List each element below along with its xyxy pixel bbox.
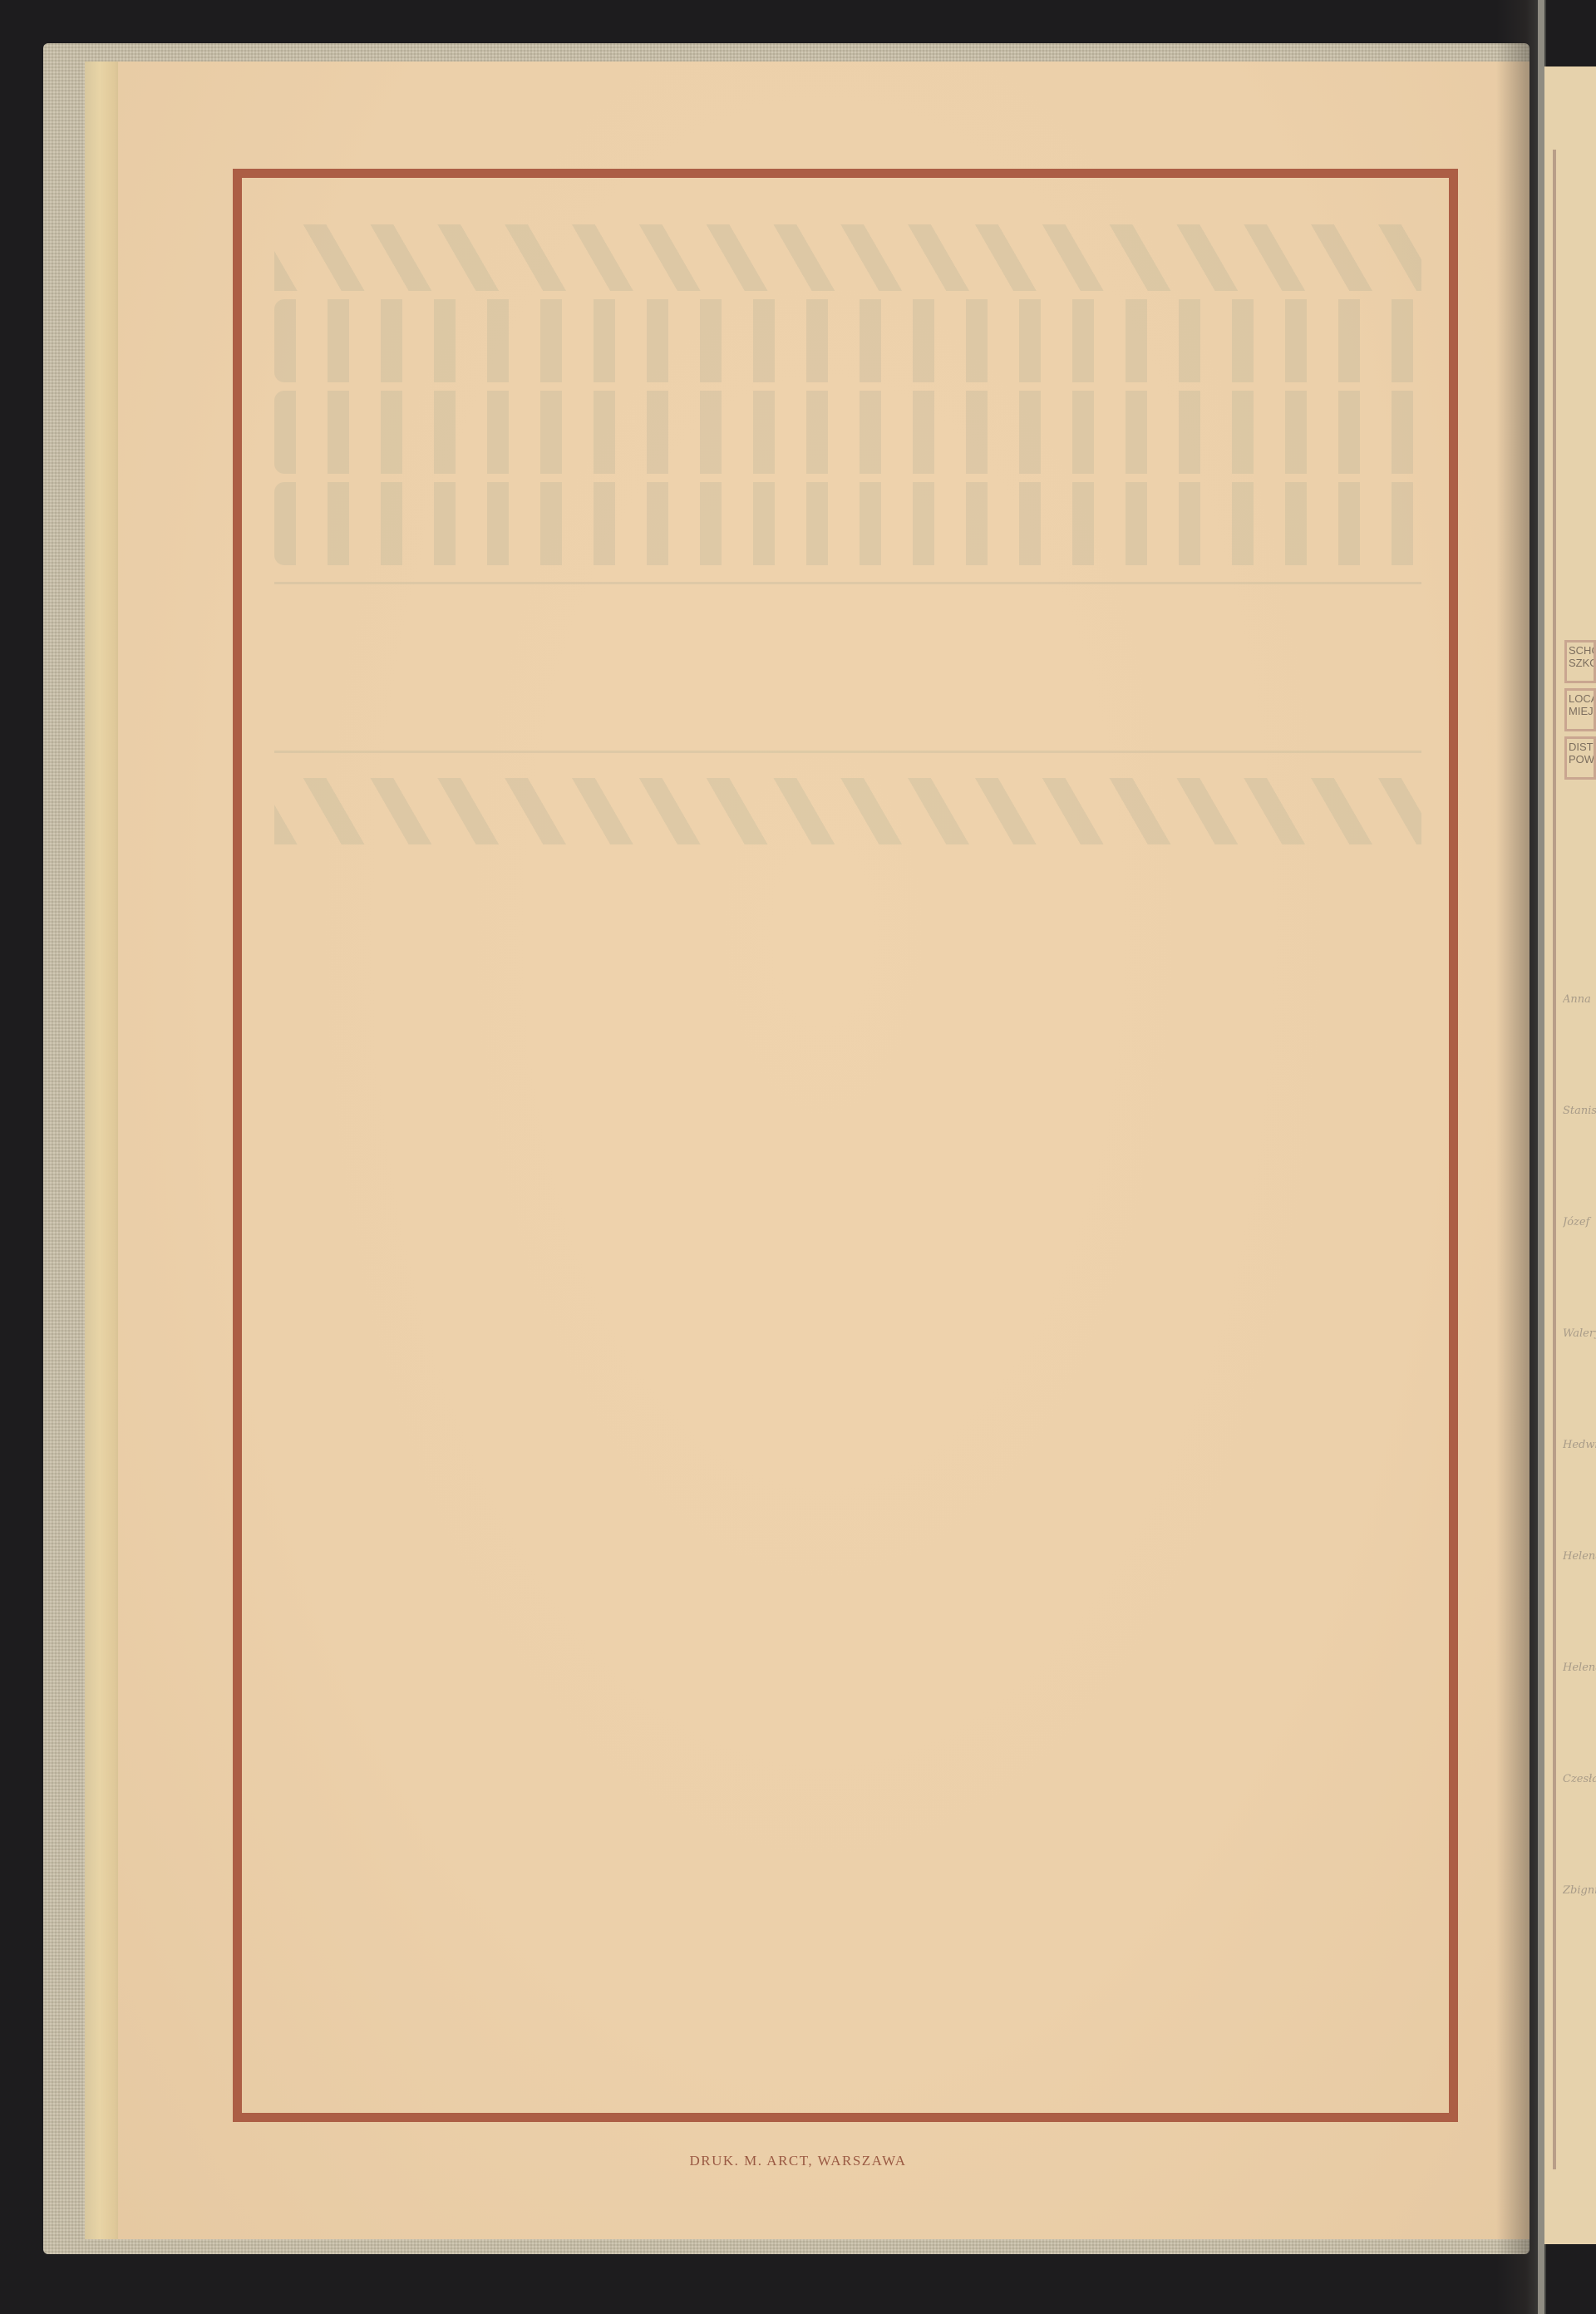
name-entry: Anna bbox=[1563, 993, 1596, 1105]
name-entry: Helena bbox=[1563, 1550, 1596, 1662]
name-entry: Czesław bbox=[1563, 1773, 1596, 1884]
label-locality: LOCALI MIEJSC bbox=[1564, 688, 1596, 731]
name-entry: Stanisła bbox=[1563, 1105, 1596, 1216]
label-school: SCHOOL SZKOŁA bbox=[1564, 640, 1596, 683]
facing-page-handwritten-names: Anna Stanisła Józef Walery Hedwiga Helen… bbox=[1563, 993, 1596, 1996]
label-district: DISTRIC POWIA bbox=[1564, 736, 1596, 780]
printer-imprint: DRUK. M. ARCT, WARSZAWA bbox=[0, 2153, 1596, 2169]
facing-page-header-labels: SCHOOL SZKOŁA LOCALI MIEJSC DISTRIC POWI… bbox=[1564, 640, 1596, 785]
name-entry: Helena bbox=[1563, 1662, 1596, 1773]
printed-border-frame bbox=[233, 169, 1458, 2122]
facing-page-border bbox=[1553, 150, 1556, 2169]
name-entry: Hedwiga bbox=[1563, 1439, 1596, 1550]
gutter bbox=[1538, 0, 1544, 2314]
name-entry: Zbigniew bbox=[1563, 1884, 1596, 1996]
name-entry: Józef bbox=[1563, 1216, 1596, 1327]
name-entry: Walery bbox=[1563, 1327, 1596, 1439]
page-edges bbox=[85, 62, 121, 2239]
